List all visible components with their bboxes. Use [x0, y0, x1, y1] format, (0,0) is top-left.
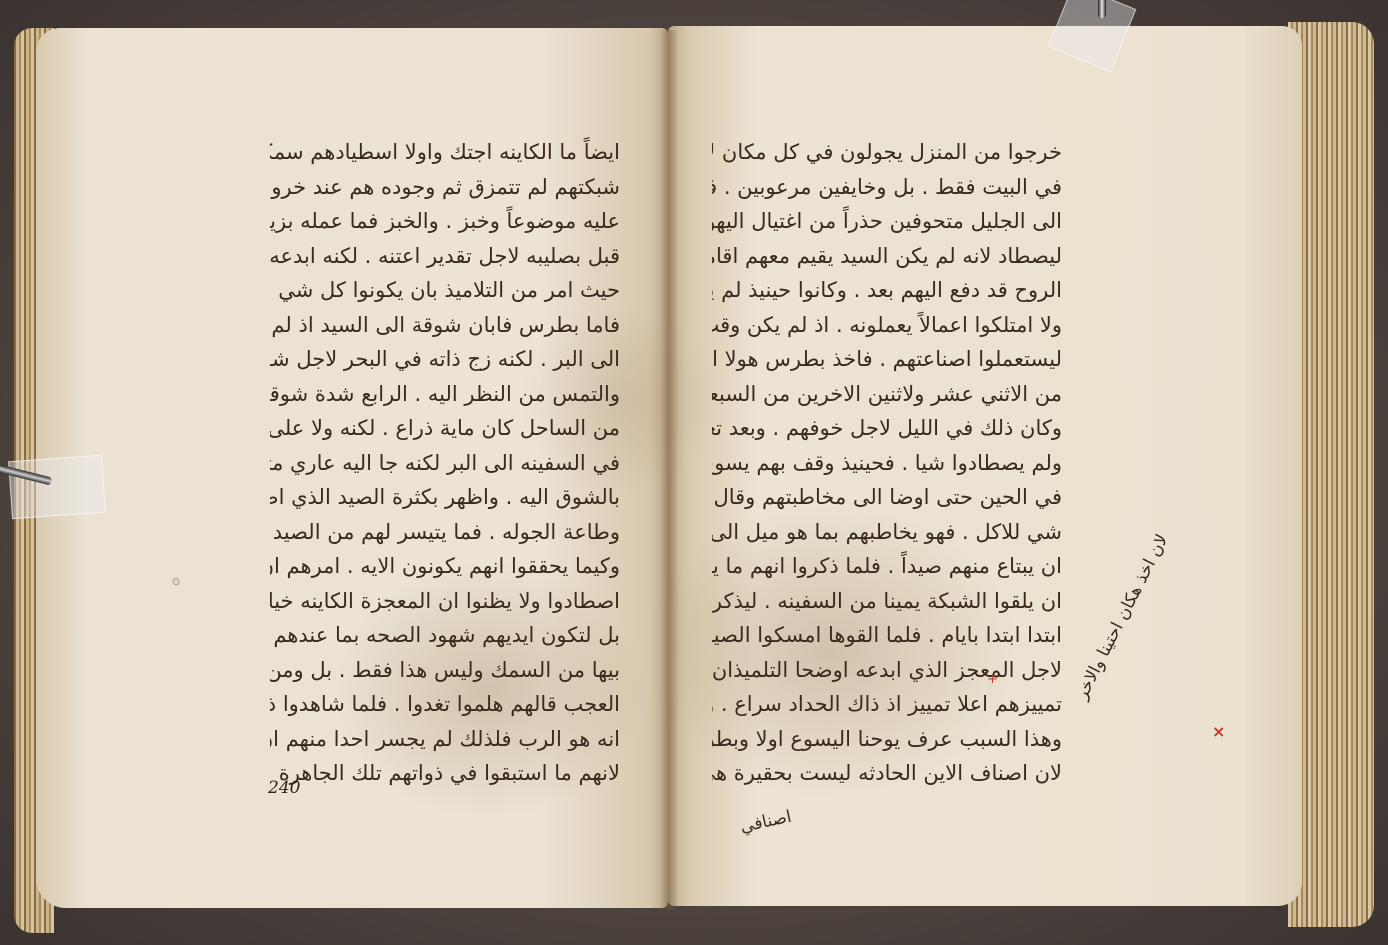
text-line: الى البر . لكنه زج ذاته في البحر لاجل شو…	[270, 342, 620, 377]
text-line: فاما بطرس فابان شوقة الى السيد اذ لم ينت…	[270, 308, 620, 343]
text-line: في البيت فقط . بل وخايفين مرعوبين . فلذل…	[712, 170, 1062, 205]
text-line: العجب قالهم هلموا تغدوا . فلما شاهدوا ذل…	[270, 687, 620, 722]
text-line: ليستعملوا اصناعتهم . فاخذ بطرس هولا التل…	[712, 342, 1062, 377]
text-line: ان يلقوا الشبكة يمينا من السفينه . ليذكر…	[712, 584, 1062, 619]
text-line: ولم يصطادوا شيا . فحينيذ وقف بهم يسوع ول…	[712, 446, 1062, 481]
text-line: عليه موضوعاً وخبز . والخبز فما عمله بزيا…	[270, 204, 620, 239]
text-line: في الحين حتى اوضا الى مخاطبتهم وقال لهم …	[712, 480, 1062, 515]
text-line: شي للاكل . فهو يخاطبهم بما هو ميل الى ال…	[712, 515, 1062, 550]
text-line: ولا امتلكوا اعمالاً يعملونه . اذ لم يكن …	[712, 308, 1062, 343]
top-tweezers	[1098, 0, 1106, 18]
right-page-text: خرجوا من المنزل يجولون في كل مكان لانهم …	[712, 135, 1062, 791]
margin-ornament: ۞	[172, 572, 180, 588]
text-line: والتمس من النظر اليه . الرابع شدة شوقة ع…	[270, 377, 620, 412]
text-line: وهذا السبب عرف يوحنا اليسوع اولا وبطرس ج…	[712, 722, 1062, 757]
text-line: لاجل المعجز الذي ابدعه اوضحا التلميذان ب…	[712, 653, 1062, 688]
folio-number: 240	[268, 778, 300, 798]
text-line: وكيما يحققوا انهم يكونون الايه . امرهم ا…	[270, 549, 620, 584]
marginal-note-mark: ×	[1212, 722, 1225, 741]
text-line: وكان ذلك في الليل لاجل خوفهم . وبعد تعبه…	[712, 411, 1062, 446]
text-line: بيها من السمك وليس هذا فقط . بل ومن كلام…	[270, 653, 620, 688]
text-line: من الساحل كان ماية ذراع . لكنه ولا على ه…	[270, 411, 620, 446]
text-line: تمييزهم اعلا تمييز اذ ذاك الحداد سراع . …	[712, 687, 1062, 722]
text-line: خرجوا من المنزل يجولون في كل مكان لانهم …	[712, 135, 1062, 170]
text-line: الروح قد دفع اليهم بعد . وكانوا حينيذ لم…	[712, 273, 1062, 308]
text-line: قبل بصليبه لاجل تقدير اعتنه . لكنه ابدعه…	[270, 239, 620, 274]
text-line: حيث امر من التلاميذ بان يكونوا كل شي وطر…	[270, 273, 620, 308]
text-line: لانهم ما استبقوا في ذواتهم تلك الجاهرة ا…	[270, 756, 620, 791]
text-line: ان يبتاع منهم صيداً . فلما ذكروا انهم ما…	[712, 549, 1062, 584]
text-line: من الاثني عشر ولاثنين الاخرين من السبعين…	[712, 377, 1062, 412]
binding-gutter	[660, 30, 678, 910]
text-line: انه هو الرب فلذلك لم يجسر احدا منهم ان ي…	[270, 722, 620, 757]
text-line: في السفينه الى البر لكنه جا اليه عاري مت…	[270, 446, 620, 481]
text-line: اصطادوا ولا يظنوا ان المعجزة الكاينه خيا…	[270, 584, 620, 619]
left-plastic-clip	[8, 455, 106, 519]
left-page-text: ايضاً ما الكاينه اجتك واولا اسطيادهم سمك…	[270, 135, 620, 791]
text-line: الى الجليل متحوفين حذراً من اغتيال اليهو…	[712, 204, 1062, 239]
text-line: شبكتهم لم تتمزق ثم وجوده هم عند خروجهم ا…	[270, 170, 620, 205]
text-line: بل لتكون ايديهم شهود الصحه بما عندهم لها…	[270, 618, 620, 653]
text-line: بالشوق اليه . واظهر بكثرة الصيد الذي اصط…	[270, 480, 620, 515]
insertion-mark: +	[987, 672, 998, 687]
text-line: لان اصناف الاين الحادثه ليست بحقيرة هي ف…	[712, 756, 1062, 791]
text-line: وطاعة الجوله . فما يتيسر لهم من الصيد اذ…	[270, 515, 620, 550]
text-line: ليصطاد لانه لم يكن السيد يقيم معهم اقامة…	[712, 239, 1062, 274]
text-line: ابتدا ابتدا بايام . فلما القوها امسكوا ا…	[712, 618, 1062, 653]
text-line: ايضاً ما الكاينه اجتك واولا اسطيادهم سمك…	[270, 135, 620, 170]
